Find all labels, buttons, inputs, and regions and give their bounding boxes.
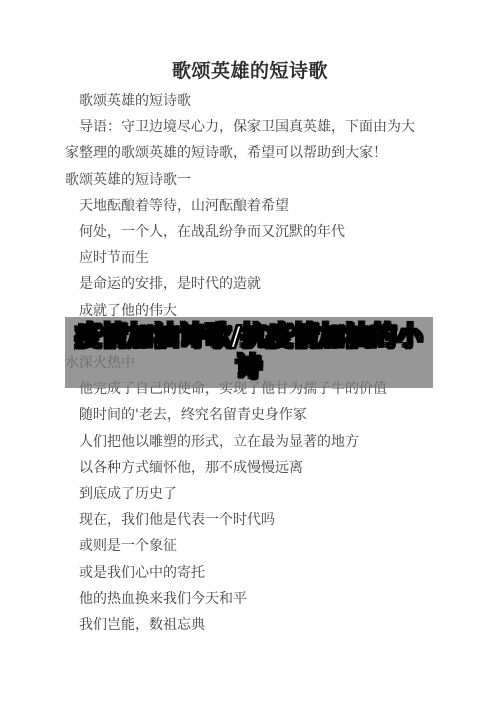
poem-line: 我们岂能，数祖忘典 bbox=[65, 612, 437, 638]
section-heading-line: 歌颂英雄的短诗歌一 bbox=[65, 167, 437, 193]
poem-line: 或则是一个象征 bbox=[65, 533, 437, 559]
poem-line: 现在，我们他是代表一个时代吗 bbox=[65, 507, 437, 533]
watermark-banner: 疫情加油诗歌/抗疫情加油的小诗 bbox=[65, 317, 433, 388]
poem-line: 随时间的'老去，终究名留青史身作冢 bbox=[65, 402, 437, 428]
poem-line: 何处，一个人，在战乱纷争而又沉默的年代 bbox=[65, 219, 437, 245]
poem-line: 或是我们心中的寄托 bbox=[65, 560, 437, 586]
poem-line: 天地酝酿着等待，山河酝酿着希望 bbox=[65, 193, 437, 219]
text-line: 导语：守卫边境尽心力，保家卫国真英雄，下面由为大 bbox=[65, 114, 437, 140]
article-page: 歌颂英雄的短诗歌 歌颂英雄的短诗歌 导语：守卫边境尽心力，保家卫国真英雄，下面由… bbox=[0, 0, 500, 706]
text-line: 歌颂英雄的短诗歌 bbox=[65, 88, 437, 114]
watermark-banner-title: 疫情加油诗歌/抗疫情加油的小诗 bbox=[65, 322, 433, 384]
poem-line: 人们把他以雕塑的形式，立在最为显著的地方 bbox=[65, 429, 437, 455]
poem-line: 是命运的安排，是时代的造就 bbox=[65, 271, 437, 297]
article-title: 歌颂英雄的短诗歌 bbox=[0, 56, 500, 83]
text-line: 家整理的歌颂英雄的短诗歌，希望可以帮助到大家！ bbox=[65, 140, 437, 166]
poem-line: 他的热血换来我们今天和平 bbox=[65, 586, 437, 612]
poem-line: 到底成了历史了 bbox=[65, 481, 437, 507]
poem-line: 应时节而生 bbox=[65, 245, 437, 271]
poem-line: 以各种方式缅怀他，那不成慢慢远离 bbox=[65, 455, 437, 481]
